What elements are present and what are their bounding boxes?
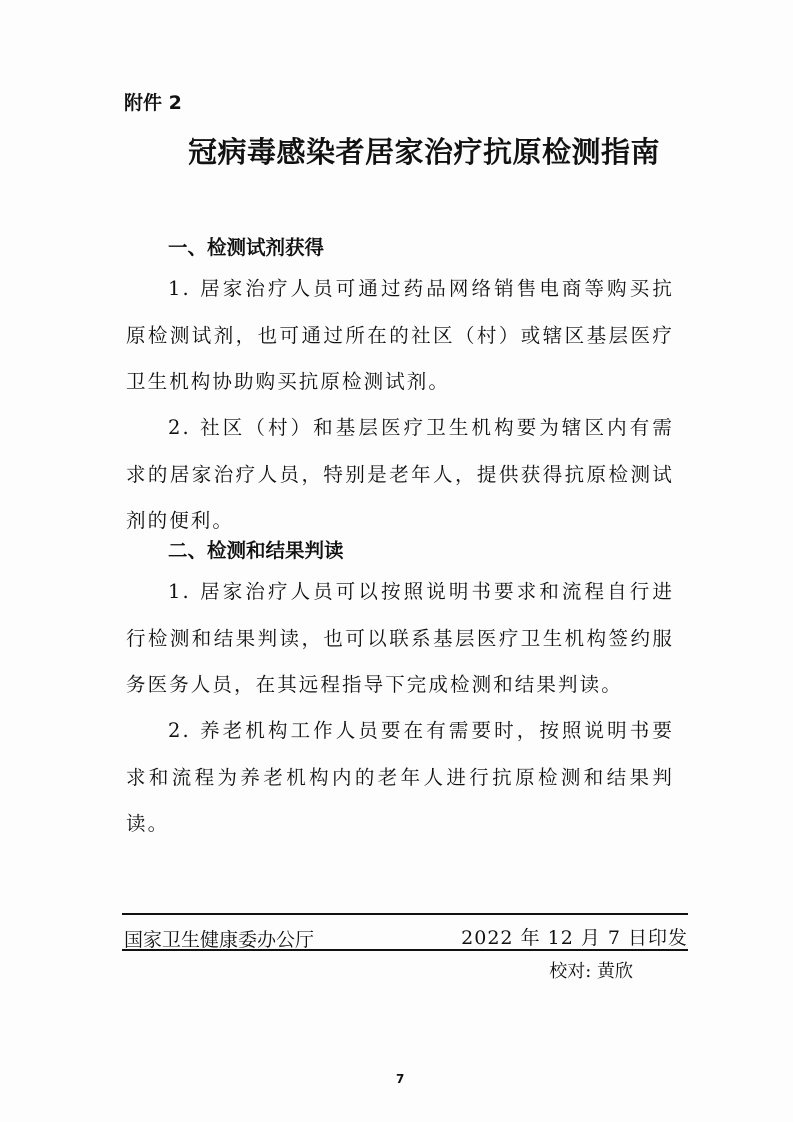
- issue-date: 2022 年 12 月 7 日印发: [461, 923, 688, 950]
- paragraph-1-1: 1. 居家治疗人员可通过药品网络销售电商等购买抗原检测试剂，也可通过所在的社区（…: [126, 266, 674, 406]
- footer-bottom-rule: [122, 949, 688, 951]
- page-number: 7: [396, 1072, 404, 1086]
- section-heading-testing-and-interpretation: 二、检测和结果判读: [168, 535, 344, 563]
- proofreader: 校对: 黄欣: [549, 957, 633, 983]
- paragraph-1-2: 2. 社区（村）和基层医疗卫生机构要为辖区内有需求的居家治疗人员，特别是老年人，…: [126, 405, 674, 545]
- document-page: 附件 2 冠病毒感染者居家治疗抗原检测指南 一、检测试剂获得 1. 居家治疗人员…: [0, 0, 793, 1122]
- issuing-organization: 国家卫生健康委办公厅: [124, 925, 314, 952]
- section-heading-reagent-acquisition: 一、检测试剂获得: [168, 232, 324, 260]
- document-title: 冠病毒感染者居家治疗抗原检测指南: [188, 130, 688, 171]
- paragraph-2-1: 1. 居家治疗人员可以按照说明书要求和流程自行进行检测和结果判读，也可以联系基层…: [126, 569, 674, 709]
- footer-top-rule: [122, 913, 688, 915]
- paragraph-2-2: 2. 养老机构工作人员要在有需要时，按照说明书要求和流程为养老机构内的老年人进行…: [126, 708, 674, 848]
- attachment-label: 附件 2: [124, 88, 182, 115]
